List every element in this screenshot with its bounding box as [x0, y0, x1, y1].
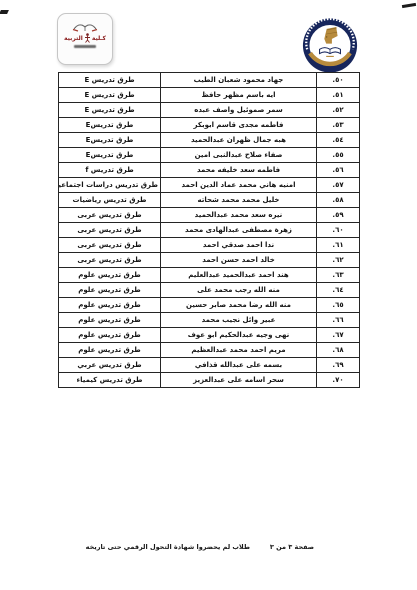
student-name-cell: منه الله رجب محمد على [161, 283, 317, 298]
row-number-cell: ٦٠. [317, 223, 360, 238]
student-name-cell: هند احمد عبدالحميد عبدالعليم [161, 268, 317, 283]
subject-cell: طرق تدريس E [59, 73, 161, 88]
student-name-cell: جهاد محمود شعبان الطيب [161, 73, 317, 88]
table-row: ٧٠.سحر اسامه على عبدالعزيزطرق تدريس كيمي… [59, 373, 360, 388]
table-row: ٥٤.هبه جمال ظهران عبدالحميدطرق تدريسE [59, 133, 360, 148]
table-row: ٦٧.نهى وجيه عبدالحكيم ابو عوفطرق تدريس ع… [59, 328, 360, 343]
table-row: ٦٩.بسمه على عبدالله قذافيطرق تدريس عربي [59, 358, 360, 373]
row-number-cell: ٥٧. [317, 178, 360, 193]
faculty-word-right: كـلية [92, 35, 106, 42]
subject-cell: طرق تدريس علوم [59, 298, 161, 313]
subject-cell: طرق تدريس عربى [59, 253, 161, 268]
table-row: ٥١.ايه باسم مظهر حافظطرق تدريس E [59, 88, 360, 103]
subject-cell: طرق تدريس علوم [59, 268, 161, 283]
student-name-cell: امنيه هاني محمد عماد الدين احمد [161, 178, 317, 193]
table-row: ٥٠.جهاد محمود شعبان الطيبطرق تدريس E [59, 73, 360, 88]
student-name-cell: فاطمه مجدى قاسم ابوبكر [161, 118, 317, 133]
table-row: ٥٨.خليل محمد محمد شحاتهطرق تدريس رياضيات [59, 193, 360, 208]
table-row: ٥٧.امنيه هاني محمد عماد الدين احمدطرق تد… [59, 178, 360, 193]
subject-cell: طرق تدريس عربى [59, 208, 161, 223]
subject-cell: طرق تدريس عربى [59, 238, 161, 253]
row-number-cell: ٥٨. [317, 193, 360, 208]
subject-cell: طرق تدريس رياضيات [59, 193, 161, 208]
footer-note: طلاب لم يحضروا شهادة التحول الرقمي حتى ت… [90, 543, 250, 551]
row-number-cell: ٦٦. [317, 313, 360, 328]
student-name-cell: عبير وائل نجيب محمد [161, 313, 317, 328]
footer-page-number: صفحة ٣ من ٣ [261, 543, 323, 551]
row-number-cell: ٦٧. [317, 328, 360, 343]
subject-cell: طرق تدريسE [59, 148, 161, 163]
subject-cell: طرق تدريس E [59, 103, 161, 118]
subject-cell: طرق تدريس علوم [59, 328, 161, 343]
subject-cell: طرق تدريس f [59, 163, 161, 178]
row-number-cell: ٦٢. [317, 253, 360, 268]
row-number-cell: ٥٢. [317, 103, 360, 118]
row-number-cell: ٦١. [317, 238, 360, 253]
subject-cell: طرق تدريس كيمياء [59, 373, 161, 388]
subject-cell: طرق تدريسE [59, 118, 161, 133]
table-row: ٥٦.فاطمه سعد خليفه محمدطرق تدريس f [59, 163, 360, 178]
subject-cell: طرق تدريس عربى [59, 223, 161, 238]
row-number-cell: ٦٣. [317, 268, 360, 283]
table-row: ٥٢.سمر صموئيل واصف عبدهطرق تدريس E [59, 103, 360, 118]
row-number-cell: ٦٥. [317, 298, 360, 313]
student-name-cell: ندا احمد صدقي احمد [161, 238, 317, 253]
minia-university-seal [301, 17, 359, 74]
university-seal-icon [301, 17, 359, 74]
student-name-cell: خليل محمد محمد شحاته [161, 193, 317, 208]
student-name-cell: ايه باسم مظهر حافظ [161, 88, 317, 103]
scan-artifact-top-left [0, 10, 9, 14]
students-table-body: ٥٠.جهاد محمود شعبان الطيبطرق تدريس E٥١.ا… [59, 73, 360, 388]
student-name-cell: صفاء صلاح عبدالنبى امين [161, 148, 317, 163]
student-name-cell: فاطمه سعد خليفه محمد [161, 163, 317, 178]
scan-artifact-top-right [402, 3, 416, 8]
student-name-cell: سحر اسامه على عبدالعزيز [161, 373, 317, 388]
faculty-subtitle-smudge [74, 45, 96, 48]
student-name-cell: زهرة مصطفى عبدالهادى محمد [161, 223, 317, 238]
student-name-cell: مريم احمد محمد عبدالعظيم [161, 343, 317, 358]
subject-cell: طرق تدريس E [59, 88, 161, 103]
person-icon [84, 33, 91, 43]
row-number-cell: ٥٠. [317, 73, 360, 88]
table-row: ٦٥.منه الله رضا محمد صابر حسينطرق تدريس … [59, 298, 360, 313]
table-row: ٦٤.منه الله رجب محمد علىطرق تدريس علوم [59, 283, 360, 298]
table-row: ٦٠.زهرة مصطفى عبدالهادى محمدطرق تدريس عر… [59, 223, 360, 238]
row-number-cell: ٦٨. [317, 343, 360, 358]
table-row: ٦٢.خالد احمد حسن احمدطرق تدريس عربى [59, 253, 360, 268]
document-page: كـلية التربية [0, 0, 417, 590]
faculty-of-education-logo: كـلية التربية [57, 13, 113, 65]
student-name-cell: نهى وجيه عبدالحكيم ابو عوف [161, 328, 317, 343]
row-number-cell: ٥٥. [317, 148, 360, 163]
table-row: ٦١.ندا احمد صدقي احمدطرق تدريس عربى [59, 238, 360, 253]
subject-cell: طرق تدريس علوم [59, 313, 161, 328]
faculty-word-left: التربية [64, 35, 83, 42]
student-name-cell: خالد احمد حسن احمد [161, 253, 317, 268]
table-row: ٦٣.هند احمد عبدالحميد عبدالعليمطرق تدريس… [59, 268, 360, 283]
faculty-name-band: كـلية التربية [64, 33, 106, 43]
student-name-cell: نيره سعد محمد عبدالحميد [161, 208, 317, 223]
subject-cell: طرق تدريس عربي [59, 358, 161, 373]
subject-cell: طرق تدريسE [59, 133, 161, 148]
subject-cell: طرق تدريس دراسات اجتماعيه [59, 178, 161, 193]
table-row: ٥٣.فاطمه مجدى قاسم ابوبكرطرق تدريسE [59, 118, 360, 133]
student-name-cell: هبه جمال ظهران عبدالحميد [161, 133, 317, 148]
student-name-cell: بسمه على عبدالله قذافي [161, 358, 317, 373]
row-number-cell: ٧٠. [317, 373, 360, 388]
students-table: ٥٠.جهاد محمود شعبان الطيبطرق تدريس E٥١.ا… [58, 72, 360, 388]
row-number-cell: ٥٣. [317, 118, 360, 133]
student-name-cell: سمر صموئيل واصف عبده [161, 103, 317, 118]
subject-cell: طرق تدريس علوم [59, 283, 161, 298]
open-book-icon [71, 18, 99, 33]
student-name-cell: منه الله رضا محمد صابر حسين [161, 298, 317, 313]
table-row: ٦٨.مريم احمد محمد عبدالعظيمطرق تدريس علو… [59, 343, 360, 358]
table-row: ٥٩.نيره سعد محمد عبدالحميدطرق تدريس عربى [59, 208, 360, 223]
table-row: ٥٥.صفاء صلاح عبدالنبى امينطرق تدريسE [59, 148, 360, 163]
table-row: ٦٦.عبير وائل نجيب محمدطرق تدريس علوم [59, 313, 360, 328]
row-number-cell: ٥٤. [317, 133, 360, 148]
row-number-cell: ٥٩. [317, 208, 360, 223]
row-number-cell: ٥٦. [317, 163, 360, 178]
subject-cell: طرق تدريس علوم [59, 343, 161, 358]
row-number-cell: ٦٩. [317, 358, 360, 373]
row-number-cell: ٦٤. [317, 283, 360, 298]
row-number-cell: ٥١. [317, 88, 360, 103]
